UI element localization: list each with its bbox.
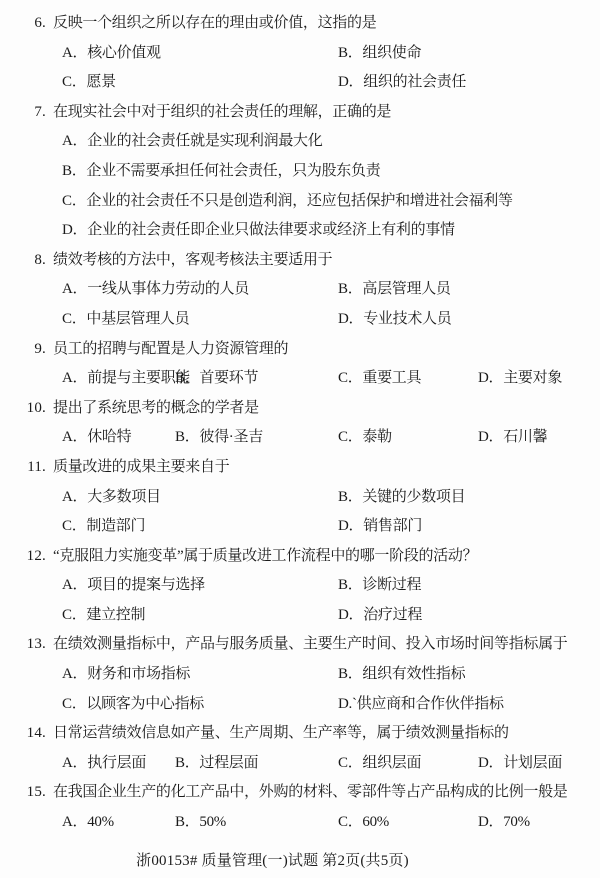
question-text: 提出了系统思考的概念的学者是: [53, 394, 259, 424]
option-d: D．主要对象: [478, 364, 562, 394]
option-b: B．企业不需要承担任何社会责任，只为股东负责: [62, 157, 380, 187]
question-number: 14.: [0, 719, 46, 749]
question-number: 7.: [0, 98, 46, 128]
option-c: C．制造部门: [62, 512, 145, 542]
option-d: D．组织的社会责任: [338, 68, 466, 98]
option-row: A．一线从事体力劳动的人员 B．高层管理人员: [0, 275, 600, 305]
question-10: 10. 提出了系统思考的概念的学者是 A．休哈特 B．彼得·圣吉 C．泰勒 D．…: [0, 394, 600, 453]
option-b: B．诊断过程: [338, 571, 421, 601]
question-number: 6.: [0, 9, 46, 39]
option-row: A．项目的提案与选择 B．诊断过程: [0, 571, 600, 601]
question-number: 10.: [0, 394, 46, 424]
question-stem: 8. 绩效考核的方法中，客观考核法主要适用于: [0, 246, 600, 276]
option-row: C．企业的社会责任不只是创造利润，还应包括保护和增进社会福利等: [0, 187, 600, 217]
option-c: C．企业的社会责任不只是创造利润，还应包括保护和增进社会福利等: [62, 187, 513, 217]
question-8: 8. 绩效考核的方法中，客观考核法主要适用于 A．一线从事体力劳动的人员 B．高…: [0, 246, 600, 335]
option-d: D.ˋ供应商和合作伙伴指标: [338, 690, 504, 720]
option-a: A．核心价值观: [62, 39, 161, 69]
question-stem: 6. 反映一个组织之所以存在的理由或价值，这指的是: [0, 9, 600, 39]
page-footer: 浙00153# 质量管理(一)试题 第2页(共5页): [0, 846, 545, 876]
question-number: 8.: [0, 246, 46, 276]
question-13: 13. 在绩效测量指标中，产品与服务质量、主要生产时间、投入市场时间等指标属于 …: [0, 630, 600, 719]
option-d: D．石川馨: [478, 423, 547, 453]
option-row: C．建立控制 D．治疗过程: [0, 601, 600, 631]
option-a: A．前提与主要职能: [62, 364, 190, 394]
option-c: C．愿景: [62, 68, 116, 98]
question-number: 11.: [0, 453, 46, 483]
question-stem: 9. 员工的招聘与配置是人力资源管理的: [0, 335, 600, 365]
option-a: A．执行层面: [62, 749, 146, 779]
question-text: “克服阻力实施变革”属于质量改进工作流程中的哪一阶段的活动？: [53, 542, 477, 572]
question-stem: 12. “克服阻力实施变革”属于质量改进工作流程中的哪一阶段的活动？: [0, 542, 600, 572]
option-b: B．过程层面: [175, 749, 258, 779]
option-a: A．企业的社会责任就是实现利润最大化: [62, 127, 322, 157]
option-c: C．组织层面: [338, 749, 421, 779]
option-b: B．高层管理人员: [338, 275, 451, 305]
option-row: C．以顾客为中心指标 D.ˋ供应商和合作伙伴指标: [0, 690, 600, 720]
option-b: B．50%: [175, 808, 226, 838]
option-row: A．40% B．50% C．60% D．70%: [0, 808, 600, 838]
option-row: A．财务和市场指标 B．组织有效性指标: [0, 660, 600, 690]
question-stem: 14. 日常运营绩效信息如产量、生产周期、生产率等，属于绩效测量指标的: [0, 719, 600, 749]
question-text: 日常运营绩效信息如产量、生产周期、生产率等，属于绩效测量指标的: [53, 719, 509, 749]
option-b: B．首要环节: [175, 364, 258, 394]
question-15: 15. 在我国企业生产的化工产品中，外购的材料、零部件等占产品构成的比例一般是 …: [0, 778, 600, 837]
question-6: 6. 反映一个组织之所以存在的理由或价值，这指的是 A．核心价值观 B．组织使命…: [0, 9, 600, 98]
option-b: B．组织使命: [338, 39, 421, 69]
question-text: 在我国企业生产的化工产品中，外购的材料、零部件等占产品构成的比例一般是: [53, 778, 568, 808]
option-row: A．企业的社会责任就是实现利润最大化: [0, 127, 600, 157]
option-a: A．一线从事体力劳动的人员: [62, 275, 249, 305]
option-c: C．建立控制: [62, 601, 145, 631]
option-c: C．60%: [338, 808, 389, 838]
option-a: A．休哈特: [62, 423, 131, 453]
option-c: C．中基层管理人员: [62, 305, 189, 335]
option-d: D．治疗过程: [338, 601, 422, 631]
question-12: 12. “克服阻力实施变革”属于质量改进工作流程中的哪一阶段的活动？ A．项目的…: [0, 542, 600, 631]
option-row: A．大多数项目 B．关键的少数项目: [0, 483, 600, 513]
option-c: C．泰勒: [338, 423, 392, 453]
question-number: 13.: [0, 630, 46, 660]
option-b: B．彼得·圣吉: [175, 423, 263, 453]
question-stem: 10. 提出了系统思考的概念的学者是: [0, 394, 600, 424]
option-a: A．财务和市场指标: [62, 660, 190, 690]
question-number: 12.: [0, 542, 46, 572]
option-row: C．中基层管理人员 D．专业技术人员: [0, 305, 600, 335]
question-text: 质量改进的成果主要来自于: [53, 453, 229, 483]
option-c: C．重要工具: [338, 364, 421, 394]
option-d: D．销售部门: [338, 512, 422, 542]
option-row: A．执行层面 B．过程层面 C．组织层面 D．计划层面: [0, 749, 600, 779]
option-row: C．制造部门 D．销售部门: [0, 512, 600, 542]
option-d: D．专业技术人员: [338, 305, 451, 335]
question-11: 11. 质量改进的成果主要来自于 A．大多数项目 B．关键的少数项目 C．制造部…: [0, 453, 600, 542]
option-a: A．40%: [62, 808, 114, 838]
option-a: A．项目的提案与选择: [62, 571, 205, 601]
option-a: A．大多数项目: [62, 483, 161, 513]
question-text: 在绩效测量指标中，产品与服务质量、主要生产时间、投入市场时间等指标属于: [53, 630, 568, 660]
question-text: 反映一个组织之所以存在的理由或价值，这指的是: [53, 9, 376, 39]
option-b: B．关键的少数项目: [338, 483, 465, 513]
option-c: C．以顾客为中心指标: [62, 690, 204, 720]
exam-page: 6. 反映一个组织之所以存在的理由或价值，这指的是 A．核心价值观 B．组织使命…: [0, 0, 600, 878]
question-stem: 11. 质量改进的成果主要来自于: [0, 453, 600, 483]
question-number: 15.: [0, 778, 46, 808]
option-d: D．70%: [478, 808, 530, 838]
option-row: D．企业的社会责任即企业只做法律要求或经济上有利的事情: [0, 216, 600, 246]
question-number: 9.: [0, 335, 46, 365]
option-row: A．前提与主要职能 B．首要环节 C．重要工具 D．主要对象: [0, 364, 600, 394]
question-9: 9. 员工的招聘与配置是人力资源管理的 A．前提与主要职能 B．首要环节 C．重…: [0, 335, 600, 394]
question-text: 在现实社会中对于组织的社会责任的理解，正确的是: [53, 98, 391, 128]
option-row: C．愿景 D．组织的社会责任: [0, 68, 600, 98]
option-b: B．组织有效性指标: [338, 660, 465, 690]
question-14: 14. 日常运营绩效信息如产量、生产周期、生产率等，属于绩效测量指标的 A．执行…: [0, 719, 600, 778]
question-text: 绩效考核的方法中，客观考核法主要适用于: [53, 246, 332, 276]
question-stem: 7. 在现实社会中对于组织的社会责任的理解，正确的是: [0, 98, 600, 128]
question-stem: 15. 在我国企业生产的化工产品中，外购的材料、零部件等占产品构成的比例一般是: [0, 778, 600, 808]
question-stem: 13. 在绩效测量指标中，产品与服务质量、主要生产时间、投入市场时间等指标属于: [0, 630, 600, 660]
option-d: D．计划层面: [478, 749, 562, 779]
question-7: 7. 在现实社会中对于组织的社会责任的理解，正确的是 A．企业的社会责任就是实现…: [0, 98, 600, 246]
option-row: A．休哈特 B．彼得·圣吉 C．泰勒 D．石川馨: [0, 423, 600, 453]
option-row: B．企业不需要承担任何社会责任，只为股东负责: [0, 157, 600, 187]
option-d: D．企业的社会责任即企业只做法律要求或经济上有利的事情: [62, 216, 455, 246]
option-row: A．核心价值观 B．组织使命: [0, 39, 600, 69]
question-text: 员工的招聘与配置是人力资源管理的: [53, 335, 288, 365]
